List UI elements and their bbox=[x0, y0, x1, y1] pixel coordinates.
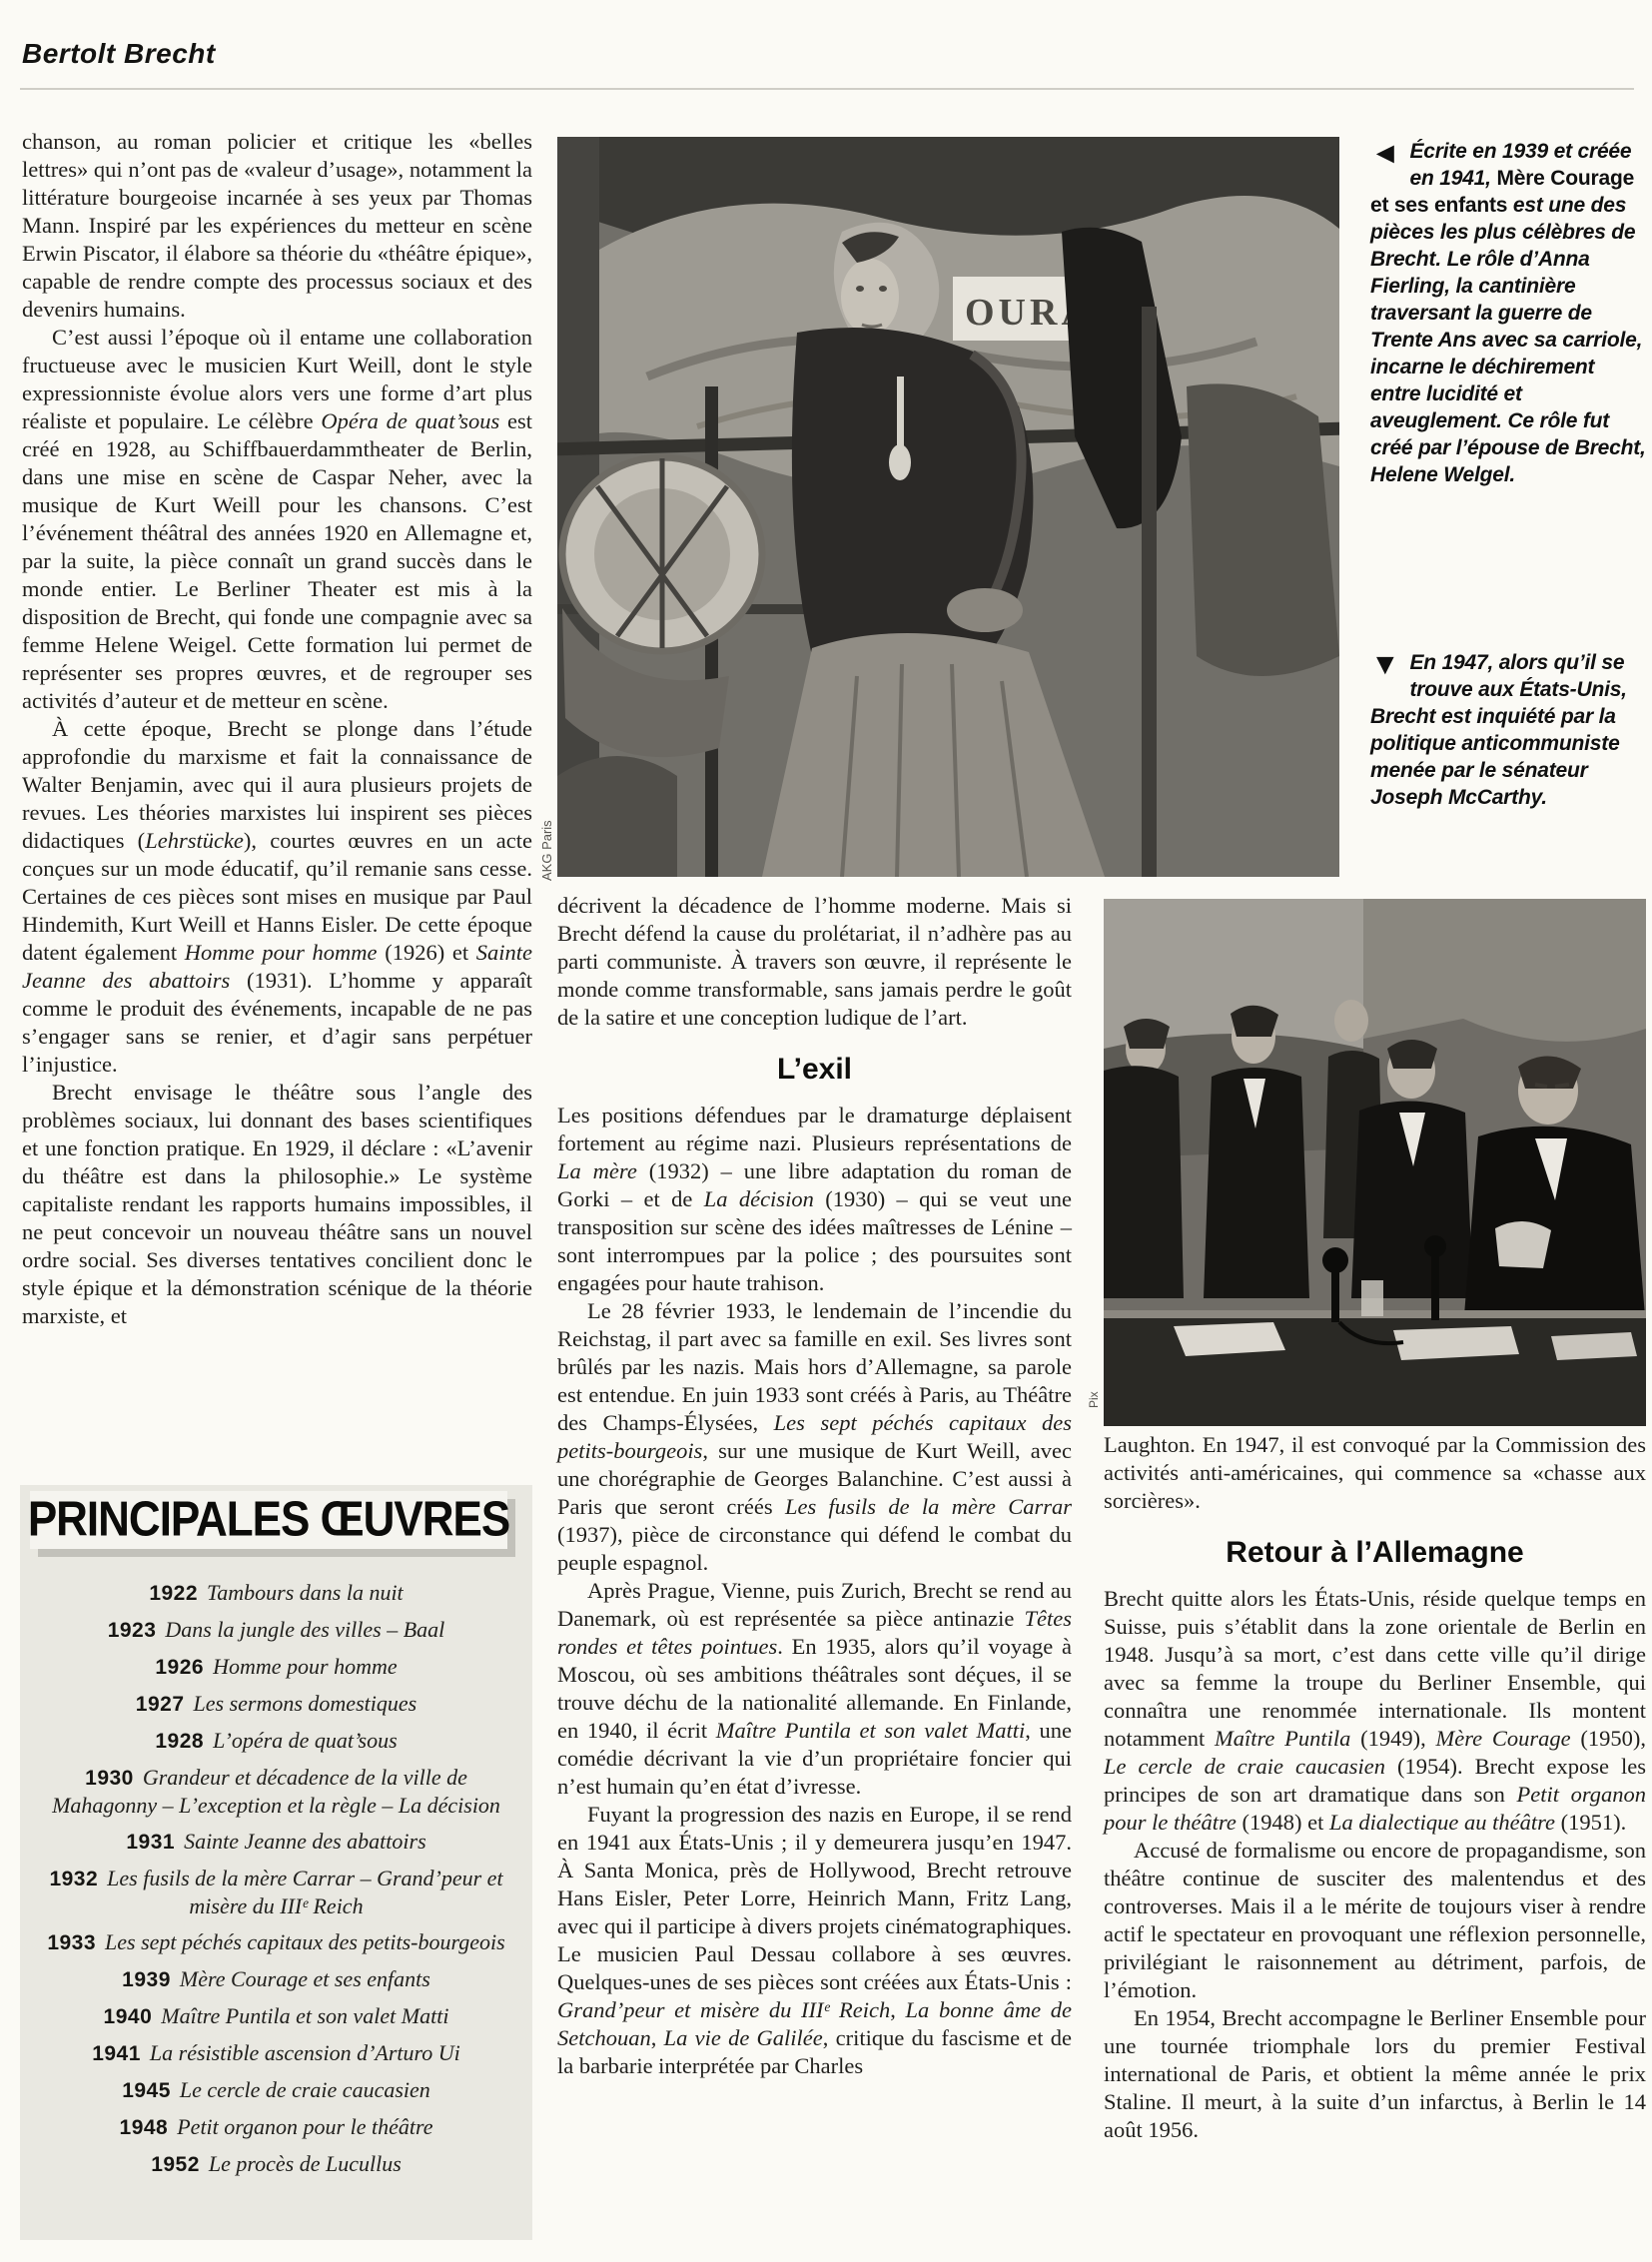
work-item: 1932Les fusils de la mère Carrar – Grand… bbox=[46, 1865, 506, 1919]
work-title: Petit organon pour le théâtre bbox=[177, 2114, 432, 2139]
work-item: 1930Grandeur et décadence de la ville de… bbox=[46, 1764, 506, 1819]
work-title: Le cercle de craie caucasien bbox=[180, 2077, 430, 2102]
work-year: 1923 bbox=[108, 1619, 157, 1642]
works-title: PRINCIPALES ŒUVRES bbox=[28, 1492, 509, 1548]
works-title-band: PRINCIPALES ŒUVRES bbox=[30, 1491, 507, 1549]
middle-column: décrivent la décadence de l’homme modern… bbox=[557, 892, 1072, 2080]
work-year: 1931 bbox=[126, 1831, 175, 1854]
body-paragraph: Brecht envisage le théâtre sous l’angle … bbox=[22, 1079, 532, 1330]
arrow-down-icon: ▼ bbox=[1370, 651, 1400, 679]
work-item: 1952Le procès de Lucullus bbox=[46, 2150, 506, 2178]
body-paragraph: C’est aussi l’époque où il entame une co… bbox=[22, 324, 532, 715]
body-paragraph: En 1954, Brecht accompagne le Berliner E… bbox=[1104, 2004, 1646, 2144]
arrow-left-icon: ◄ bbox=[1370, 140, 1400, 168]
body-paragraph: Accusé de formalisme ou encore de propag… bbox=[1104, 1837, 1646, 2004]
work-year: 1952 bbox=[151, 2153, 200, 2176]
work-year: 1930 bbox=[85, 1767, 134, 1790]
work-item: 1926Homme pour homme bbox=[46, 1653, 506, 1681]
work-item: 1933Les sept péchés capitaux des petits-… bbox=[46, 1928, 506, 1956]
body-paragraph: décrivent la décadence de l’homme modern… bbox=[557, 892, 1072, 1032]
section-heading-retour: Retour à l’Allemagne bbox=[1104, 1539, 1646, 1567]
body-paragraph: Après Prague, Vienne, puis Zurich, Brech… bbox=[557, 1577, 1072, 1801]
works-list: 1922Tambours dans la nuit 1923Dans la ju… bbox=[46, 1579, 506, 2187]
work-item: 1927Les sermons domestiques bbox=[46, 1690, 506, 1718]
mere-courage-photo: OURA bbox=[557, 137, 1339, 877]
work-title: Sainte Jeanne des abattoirs bbox=[184, 1829, 426, 1854]
work-year: 1940 bbox=[104, 2005, 153, 2028]
work-title: Maître Puntila et son valet Matti bbox=[161, 2003, 448, 2028]
body-paragraph: Le 28 février 1933, le lendemain de l’in… bbox=[557, 1297, 1072, 1577]
work-title: Mère Courage et ses enfants bbox=[180, 1966, 430, 1991]
work-title: Les sept péchés capitaux des petits-bour… bbox=[105, 1929, 505, 1954]
work-title: Les sermons domestiques bbox=[194, 1691, 417, 1716]
work-year: 1928 bbox=[155, 1730, 204, 1753]
photo1-credit: AKG Paris bbox=[539, 820, 554, 881]
work-year: 1933 bbox=[47, 1931, 96, 1954]
body-paragraph: Les positions défendues par le dramaturg… bbox=[557, 1102, 1072, 1297]
body-paragraph: chanson, au roman policier et critique l… bbox=[22, 128, 532, 324]
work-item: 1931Sainte Jeanne des abattoirs bbox=[46, 1828, 506, 1856]
body-paragraph: Brecht quitte alors les États-Unis, rési… bbox=[1104, 1585, 1646, 1837]
left-column: chanson, au roman policier et critique l… bbox=[22, 128, 532, 1330]
caption-text: Écrite en 1939 et créée en 1941, Mère Co… bbox=[1370, 140, 1646, 486]
work-year: 1945 bbox=[122, 2079, 171, 2102]
work-title: L’opéra de quat’sous bbox=[213, 1728, 398, 1753]
work-title: Tambours dans la nuit bbox=[207, 1580, 404, 1605]
work-year: 1922 bbox=[149, 1582, 198, 1605]
page-title: Bertolt Brecht bbox=[22, 38, 216, 70]
work-year: 1927 bbox=[136, 1693, 185, 1716]
work-year: 1939 bbox=[122, 1968, 171, 1991]
photo1-caption: ◄Écrite en 1939 et créée en 1941, Mère C… bbox=[1370, 138, 1650, 488]
body-paragraph: Laughton. En 1947, il est convoqué par l… bbox=[1104, 1431, 1646, 1515]
photo2-caption: ▼En 1947, alors qu’il se trouve aux État… bbox=[1370, 649, 1650, 811]
work-year: 1941 bbox=[92, 2042, 141, 2065]
body-paragraph: À cette époque, Brecht se plonge dans l’… bbox=[22, 715, 532, 1079]
work-item: 1940Maître Puntila et son valet Matti bbox=[46, 2002, 506, 2030]
work-title: Homme pour homme bbox=[213, 1654, 398, 1679]
right-column: Laughton. En 1947, il est convoqué par l… bbox=[1104, 1431, 1646, 2144]
work-title: Dans la jungle des villes – Baal bbox=[165, 1617, 444, 1642]
principal-works-box: PRINCIPALES ŒUVRES 1922Tambours dans la … bbox=[20, 1485, 532, 2240]
body-paragraph: Fuyant la progression des nazis en Europ… bbox=[557, 1801, 1072, 2080]
work-year: 1926 bbox=[155, 1656, 204, 1679]
work-item: 1923Dans la jungle des villes – Baal bbox=[46, 1616, 506, 1644]
work-title: Le procès de Lucullus bbox=[209, 2151, 402, 2176]
encyclopedia-page: Bertolt Brecht chanson, au roman policie… bbox=[0, 0, 1652, 2262]
work-item: 1928L’opéra de quat’sous bbox=[46, 1727, 506, 1755]
header-rule bbox=[20, 88, 1634, 90]
work-title: Les fusils de la mère Carrar – Grand’peu… bbox=[107, 1866, 502, 1918]
work-item: 1922Tambours dans la nuit bbox=[46, 1579, 506, 1607]
work-year: 1948 bbox=[120, 2116, 169, 2139]
photo2-credit: Pix bbox=[1087, 1391, 1101, 1408]
section-heading-exil: L’exil bbox=[557, 1056, 1072, 1084]
work-item: 1945Le cercle de craie caucasien bbox=[46, 2076, 506, 2104]
work-year: 1932 bbox=[49, 1868, 98, 1890]
work-item: 1941La résistible ascension d’Arturo Ui bbox=[46, 2039, 506, 2067]
work-title: La résistible ascension d’Arturo Ui bbox=[150, 2040, 460, 2065]
work-item: 1948Petit organon pour le théâtre bbox=[46, 2113, 506, 2141]
work-item: 1939Mère Courage et ses enfants bbox=[46, 1965, 506, 1993]
caption-text: En 1947, alors qu’il se trouve aux États… bbox=[1370, 651, 1627, 809]
mccarthy-photo bbox=[1104, 899, 1646, 1426]
